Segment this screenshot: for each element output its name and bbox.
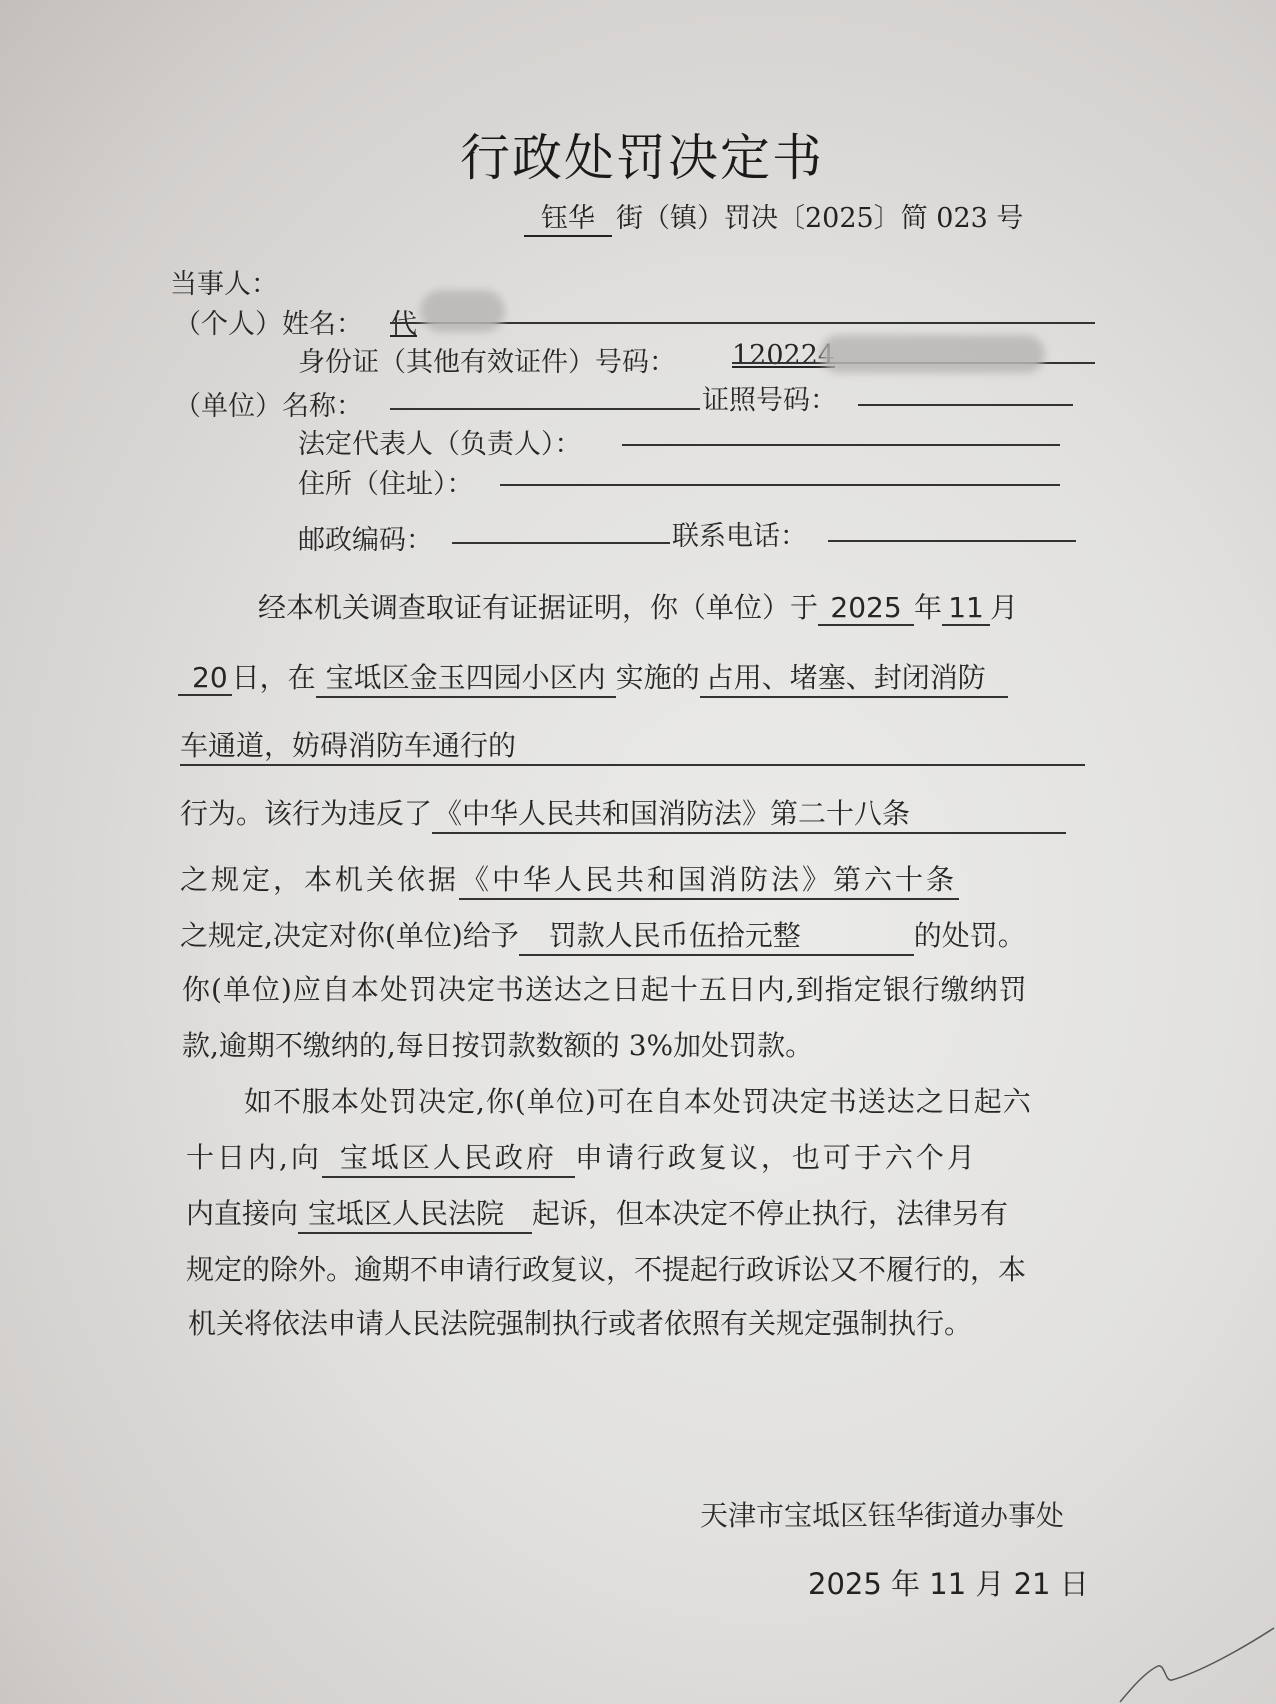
issuing-authority: 天津市宝坻区钰华街道办事处 <box>700 1494 1064 1534</box>
postal-code-label: 邮政编码： <box>298 518 433 557</box>
legal-rep-underline <box>622 444 1060 446</box>
license-number-label: 证照号码： <box>702 378 837 417</box>
violation-act-line-2: 车通道，妨碍消防车通行的 <box>180 724 1085 766</box>
party-header: 当事人： <box>170 262 278 301</box>
body-line-6: 之规定,决定对你(单位)给予罚款人民币伍拾元整的处罚。 <box>180 914 1026 956</box>
legal-rep-label: 法定代表人（负责人）： <box>298 422 582 461</box>
intro-text: 经本机关调查取证有证据证明，你（单位）于 <box>258 591 818 624</box>
incident-day: 20 <box>178 661 232 696</box>
unit-name-label: （单位）名称： <box>174 384 363 423</box>
document-number: 钰华街（镇）罚决〔2025〕简 023 号 <box>524 196 1023 237</box>
body-line-4: 行为。该行为违反了《中华人民共和国消防法》第二十八条 <box>180 792 1066 834</box>
phone-label: 联系电话： <box>672 514 807 553</box>
day-suffix: 日，在 <box>232 661 316 694</box>
violated-law: 《中华人民共和国消防法》第二十八条 <box>432 792 1066 834</box>
year-suffix: 年 <box>914 591 942 624</box>
address-underline <box>500 484 1060 486</box>
appeal-suffix: 申请行政复议，也可于六个月 <box>575 1141 978 1174</box>
phone-underline <box>828 540 1076 542</box>
basis-law: 《中华人民共和国消防法》第六十条 <box>459 858 959 900</box>
appeal-line-4: 规定的除外。逾期不申请行政复议，不提起行政诉讼又不履行的，本 <box>186 1248 1026 1288</box>
incident-month: 11 <box>942 591 990 626</box>
court-suffix: 起诉，但本决定不停止执行，法律另有 <box>532 1197 1008 1230</box>
appeal-prefix: 十日内,向 <box>186 1141 322 1174</box>
impl-text: 实施的 <box>616 661 700 694</box>
body-line-3: 车通道，妨碍消防车通行的 <box>180 724 1085 766</box>
pen-mark-icon <box>1110 1610 1276 1704</box>
issue-date: 2025 年 11 月 21 日 <box>808 1562 1089 1603</box>
doc-number-office: 钰华 <box>524 196 612 237</box>
appeal-line-5: 机关将依法申请人民法院强制执行或者依照有关规定强制执行。 <box>188 1302 972 1342</box>
unit-name-underline <box>390 408 700 410</box>
basis-prefix: 之规定，本机关依据 <box>180 863 459 896</box>
violation-act-line-1: 占用、堵塞、封闭消防 <box>700 656 1008 698</box>
payment-line-2: 款,逾期不缴纳的,每日按罚款数额的 3%加处罚款。 <box>182 1024 813 1064</box>
redaction-id <box>820 335 1045 373</box>
review-body: 宝坻区人民政府 <box>322 1136 575 1178</box>
body-line-1: 经本机关调查取证有证据证明，你（单位）于2025年11月 <box>258 586 1018 626</box>
postal-underline <box>452 542 670 544</box>
redaction-name <box>420 290 505 332</box>
payment-line-1: 你(单位)应自本处罚决定书送达之日起十五日内,到指定银行缴纳罚 <box>182 968 1028 1008</box>
decide-suffix: 的处罚。 <box>914 919 1026 952</box>
appeal-line-3: 内直接向宝坻区人民法院起诉，但本决定不停止执行，法律另有 <box>186 1192 1008 1234</box>
violate-prefix: 行为。该行为违反了 <box>180 797 432 830</box>
decide-prefix: 之规定,决定对你(单位)给予 <box>180 919 519 952</box>
incident-location: 宝坻区金玉四园小区内 <box>316 656 616 698</box>
document-title: 行政处罚决定书 <box>460 118 824 190</box>
doc-number-rest: 街（镇）罚决〔2025〕简 023 号 <box>616 203 1023 234</box>
incident-year: 2025 <box>818 591 914 626</box>
court-prefix: 内直接向 <box>186 1197 298 1230</box>
penalty-amount: 罚款人民币伍拾元整 <box>519 914 914 956</box>
appeal-line-2: 十日内,向宝坻区人民政府申请行政复议，也可于六个月 <box>186 1136 978 1178</box>
appeal-line-1: 如不服本处罚决定,你(单位)可在自本处罚决定书送达之日起六 <box>244 1080 1032 1120</box>
body-line-2: 20日，在宝坻区金玉四园小区内实施的占用、堵塞、封闭消防 <box>178 656 1008 698</box>
id-number-label: 身份证（其他有效证件）号码： <box>298 340 676 379</box>
body-line-5: 之规定，本机关依据《中华人民共和国消防法》第六十条 <box>180 858 959 900</box>
individual-name-label: （个人）姓名： <box>174 302 363 341</box>
license-underline <box>858 404 1073 406</box>
address-label: 住所（住址）： <box>298 462 474 501</box>
court-name: 宝坻区人民法院 <box>298 1192 532 1234</box>
month-suffix: 月 <box>990 591 1018 624</box>
